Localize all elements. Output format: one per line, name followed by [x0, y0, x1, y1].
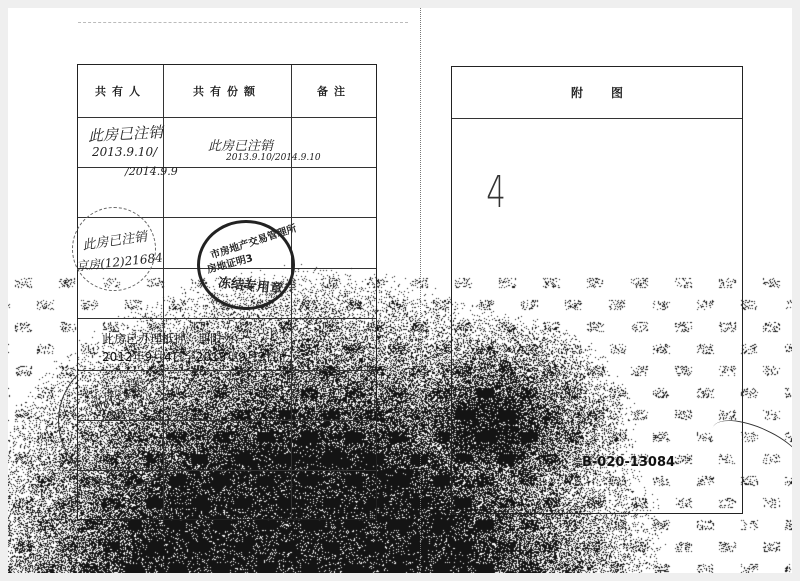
owner-cancel-date: 2013.9.10/	[92, 145, 157, 159]
mortgage-note-line1: 此房已办理抵押，期限为：	[102, 330, 290, 348]
header-co-owner: 共有人	[78, 65, 163, 117]
share-cancel-note: 此房已注销	[208, 135, 273, 154]
header-co-share: 共有份额	[163, 65, 291, 117]
faint-top-line	[78, 22, 408, 23]
page-fold	[420, 8, 421, 573]
row-divider	[78, 117, 376, 118]
owner-cancel-note: 此房已注销	[88, 121, 164, 146]
row-divider	[78, 167, 376, 168]
scanned-document: 共有人 共有份额 备注 此房已注销 2013.9.10/ /2014.9.9 此…	[8, 8, 792, 573]
share-cancel-date: 2013.9.10/2014.9.10	[226, 153, 321, 163]
owner-cancel-date-extra: /2014.9.9	[125, 165, 178, 178]
column-divider	[291, 65, 292, 519]
handwritten-page-number: 4	[486, 167, 506, 218]
attached-drawing-header: 附图	[452, 67, 742, 119]
attached-drawing-box: 附图 4	[451, 66, 743, 514]
row-divider	[78, 318, 376, 319]
faded-arc-stamp	[58, 355, 190, 487]
serial-number: B-020-13084	[582, 455, 675, 470]
co-ownership-table: 共有人 共有份额 备注 此房已注销 2013.9.10/ /2014.9.9 此…	[77, 64, 377, 520]
header-remark: 备注	[291, 65, 377, 117]
